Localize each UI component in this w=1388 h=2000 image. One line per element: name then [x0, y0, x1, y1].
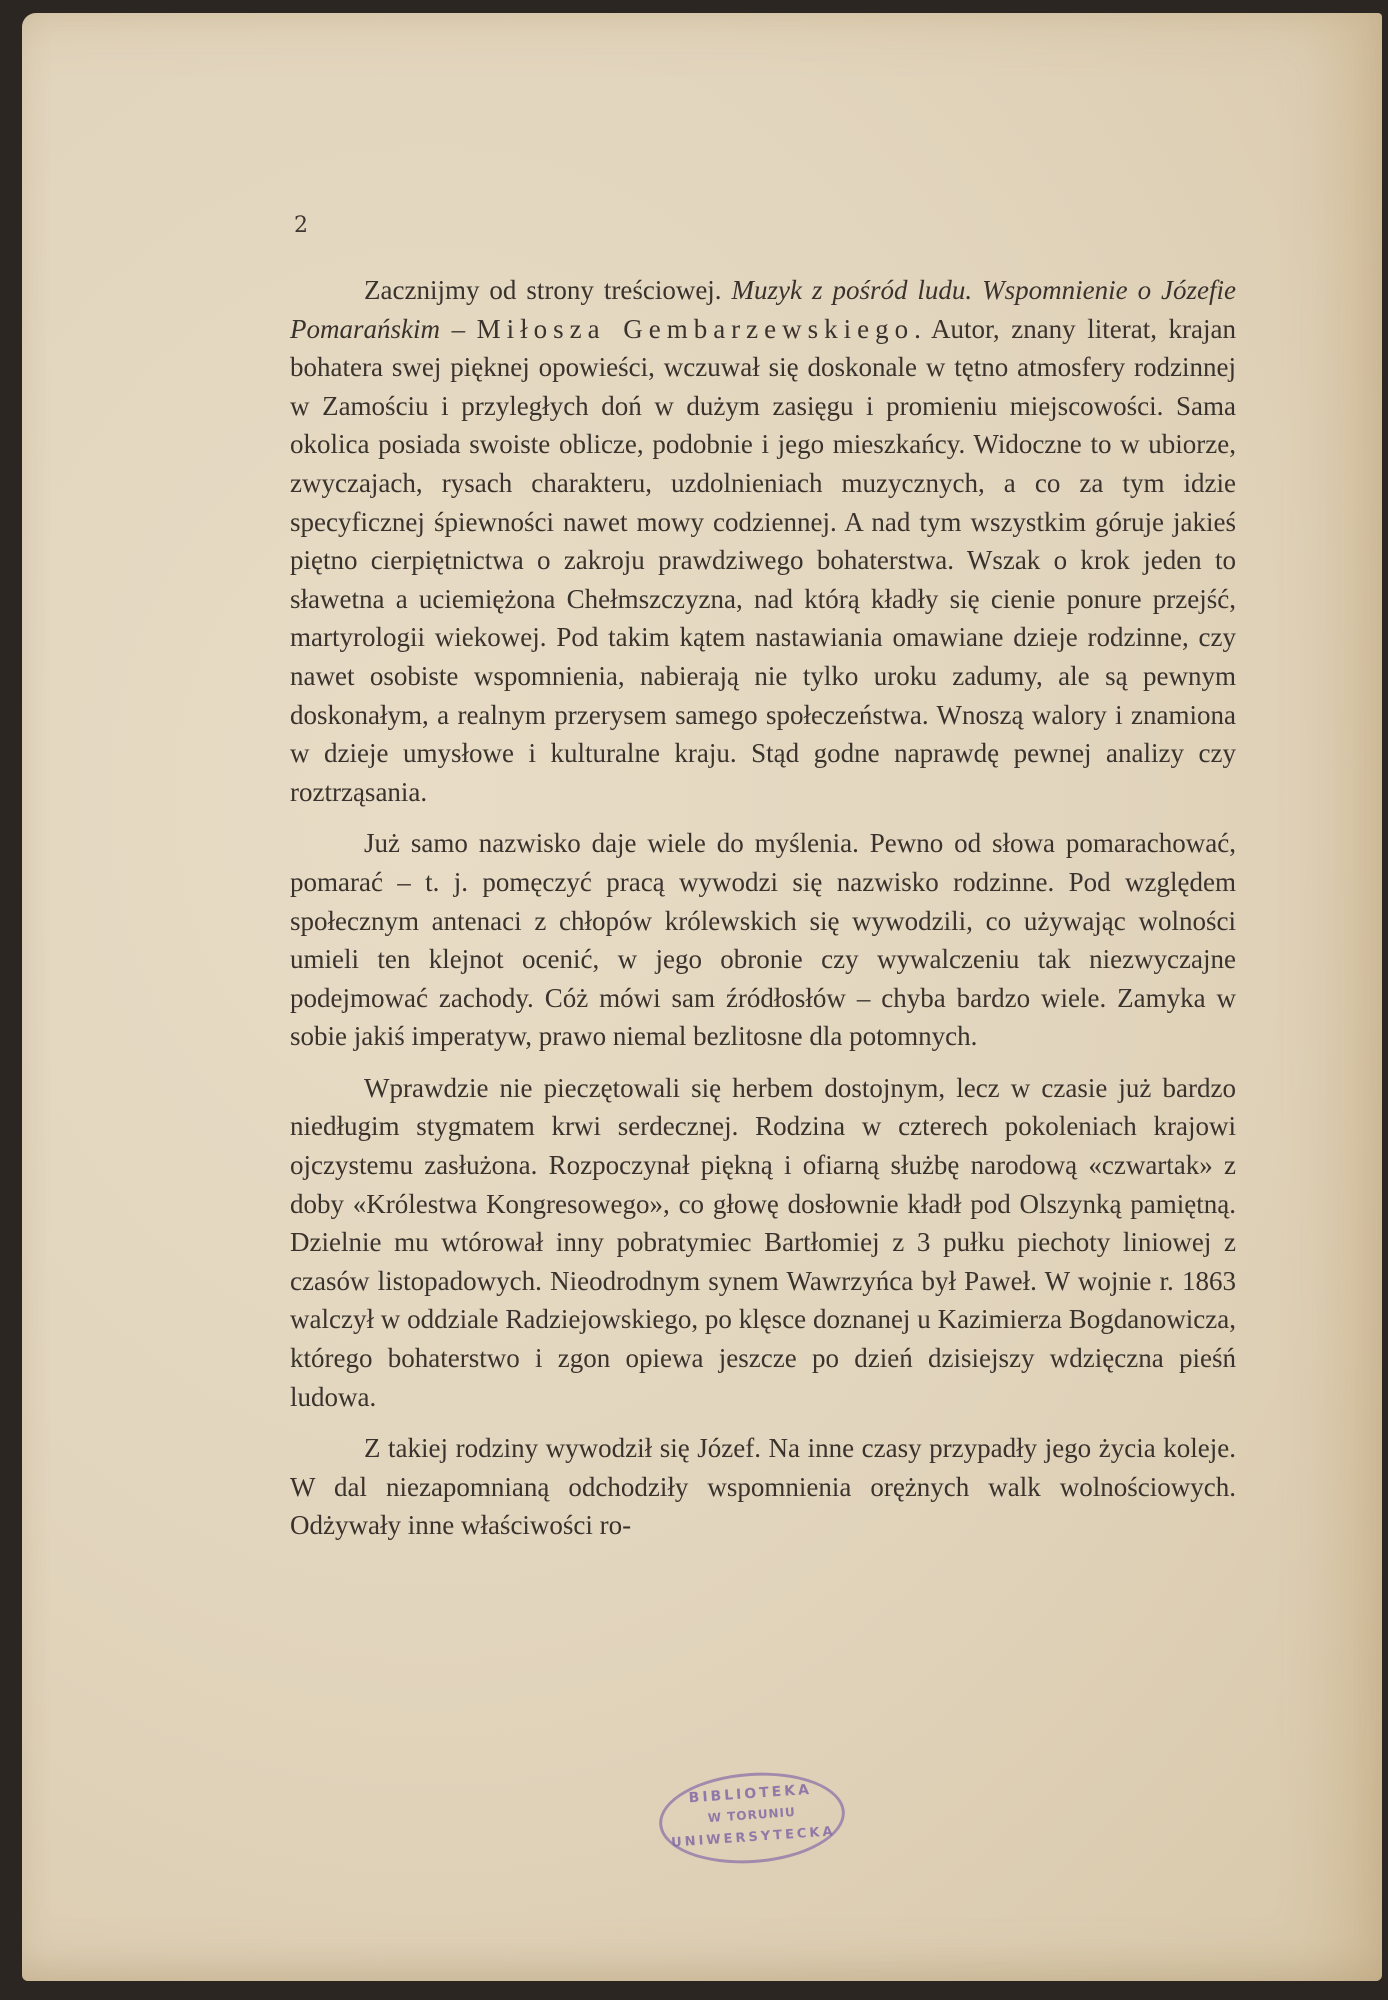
library-stamp: BIBLIOTEKA W TORUNIU UNIWERSYTECKA	[656, 1767, 848, 1870]
paragraph-3: Wprawdzie nie pieczętowali się herbem do…	[290, 1069, 1236, 1416]
paragraph-1-rest: . Autor, znany literat, krajan bohatera …	[290, 314, 1236, 807]
paragraph-2: Już samo nazwisko daje wiele do myślenia…	[290, 824, 1236, 1056]
page-number: 2	[294, 213, 308, 238]
paragraph-1-intro: Zacznijmy od strony treściowej.	[364, 275, 732, 305]
stamp-line-3: UNIWERSYTECKA	[663, 1824, 844, 1852]
body-text: Zacznijmy od strony treściowej. Muzyk z …	[290, 271, 1236, 1558]
scanned-page: 2 Zacznijmy od strony treściowej. Muzyk …	[22, 13, 1382, 1981]
paragraph-1: Zacznijmy od strony treściowej. Muzyk z …	[290, 271, 1236, 811]
paragraph-4: Z takiej rodziny wywodził się Józef. Na …	[290, 1429, 1236, 1545]
dash: –	[440, 314, 477, 344]
author-name: Miłosza Gembarzewskiego	[477, 314, 914, 344]
